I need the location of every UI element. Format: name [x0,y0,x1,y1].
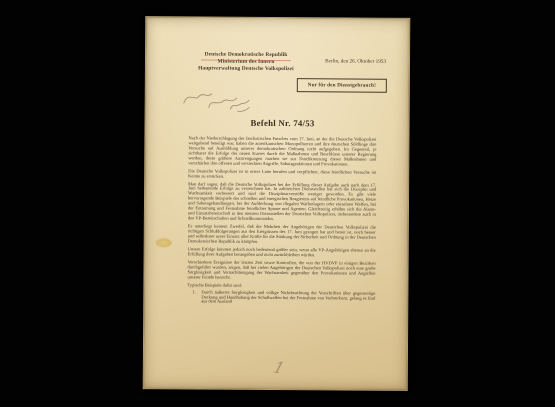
paragraph: Nach der Niederschlagung des faschistisc… [188,136,376,167]
scan-background: Deutsche Demokratische Republik Minister… [0,0,555,407]
dateline: Berlin, den 26. Oktober 1953 [325,58,386,64]
list-item-number: 1. [192,290,201,305]
handwritten-annotation [174,77,269,123]
examples-intro: Typische Beispiele dafür sind: [187,283,375,289]
paragraph: Man darf sagen, daß die Deutsche Volkspo… [188,182,376,223]
letterhead: Deutsche Demokratische Republik Minister… [194,51,298,73]
paragraph: Unsere Erfolge könnten jedoch noch bedeu… [188,247,376,258]
letterhead-line-hauptverwaltung: Hauptverwaltung Deutsche Volkspolizei [194,65,298,73]
paragraph: Es unterliegt keinem Zweifel, daß die Me… [188,224,376,245]
paragraph: Die Deutsche Volkspolizei ist in erster … [188,169,376,180]
tape-fragment [156,238,172,247]
document-title: Befehl Nr. 74/53 [189,117,377,128]
handwritten-page-number: 1 [271,358,287,378]
list-item-text: Durch äußerste Sorglosigkeit und völlige… [201,290,375,306]
document-body: Nach der Niederschlagung des faschistisc… [187,136,376,306]
list-item: 1. Durch äußerste Sorglosigkeit und völl… [187,290,375,306]
stamp-dienstgebrauch: Nur für den Dienstgebrauch! [297,78,387,93]
document-page: Deutsche Demokratische Republik Minister… [143,16,411,391]
paragraph: Verschiedene Ereignisse der letzten Zeit… [187,260,375,281]
